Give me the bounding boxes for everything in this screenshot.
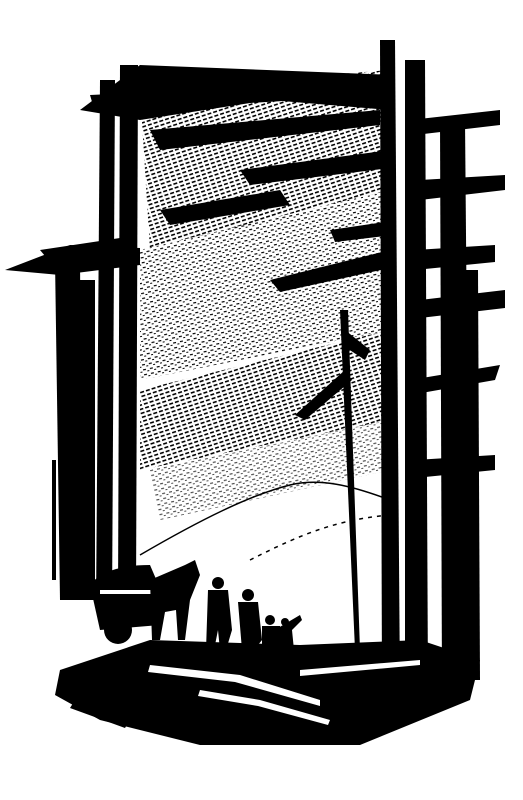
right-tree-trunks [380,40,480,690]
left-tree-trunks [52,65,138,610]
road-foreground [55,640,480,745]
horse [150,560,200,640]
ink-illustration [0,0,523,800]
walking-figures [206,577,302,650]
